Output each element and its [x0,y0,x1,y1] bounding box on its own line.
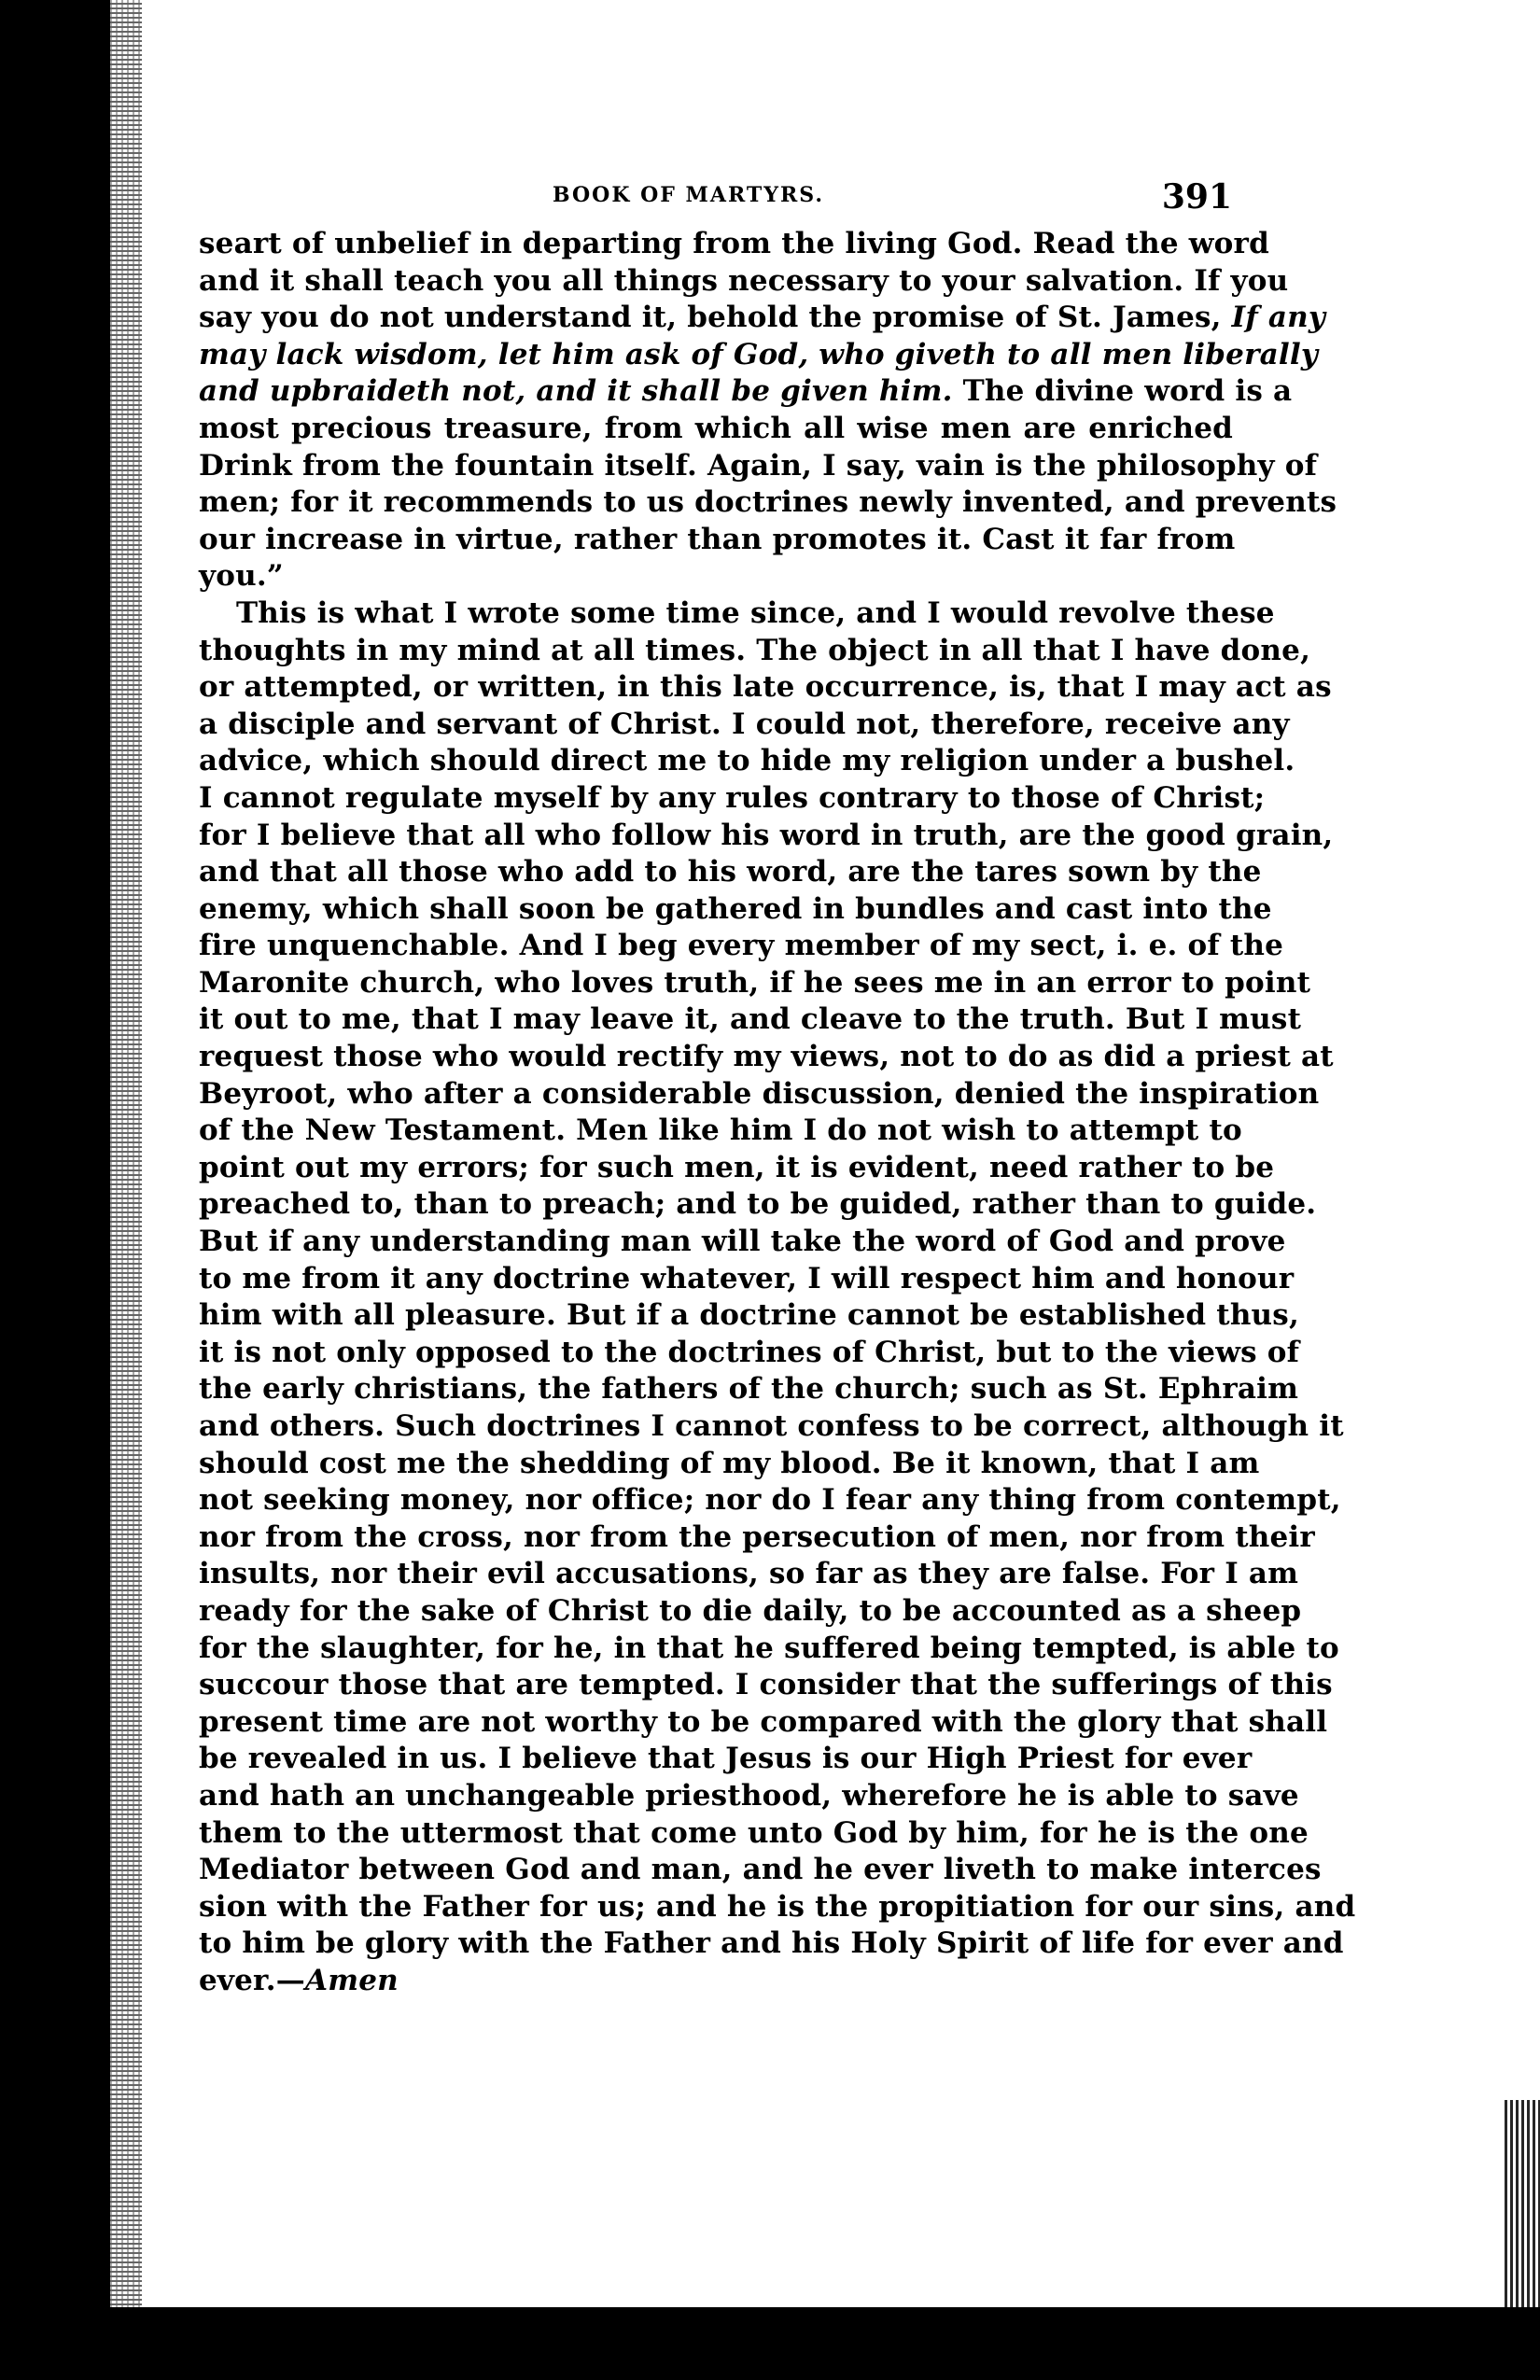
text-run: seart of unbelief in departing from the … [199,227,1269,260]
text-line: the early christians, the fathers of the… [199,1371,1233,1408]
text-line: Drink from the fountain itself. Again, I… [199,448,1233,485]
text-line: request those who would rectify my views… [199,1039,1233,1076]
text-run: This is what I wrote some time since, an… [236,596,1275,630]
text-line: and it shall teach you all things necess… [199,263,1233,301]
text-line: ready for the sake of Christ to die dail… [199,1593,1233,1631]
text-line: But if any understanding man will take t… [199,1224,1233,1261]
text-run: nor from the cross, nor from the persecu… [199,1520,1315,1554]
text-line: thoughts in my mind at all times. The ob… [199,633,1233,670]
paragraph: seart of unbelief in departing from the … [199,226,1233,595]
text-line: and that all those who add to his word, … [199,854,1233,891]
text-line: most precious treasure, from which all w… [199,411,1233,448]
text-line: and others. Such doctrines I cannot conf… [199,1408,1233,1446]
scan-border-bottom [0,2307,1540,2380]
text-line: fire unquenchable. And I beg every membe… [199,928,1233,965]
text-line: nor from the cross, nor from the persecu… [199,1519,1233,1557]
text-line: insults, nor their evil accusations, so … [199,1556,1233,1593]
text-run: sion with the Father for us; and he is t… [199,1890,1355,1924]
text-run: advice, which should direct me to hide m… [199,744,1295,777]
italic-run: and upbraideth not, and it shall be give… [199,374,953,408]
text-run: I cannot regulate myself by any rules co… [199,781,1265,815]
text-run: Beyroot, who after a considerable discus… [199,1077,1319,1111]
text-line: advice, which should direct me to hide m… [199,743,1233,780]
text-line: present time are not worthy to be compar… [199,1704,1233,1742]
text-line: seart of unbelief in departing from the … [199,226,1233,263]
text-run: Maronite church, who loves truth, if he … [199,966,1310,1000]
text-run: fire unquenchable. And I beg every membe… [199,929,1283,962]
text-run: The divine word is a [953,374,1293,408]
text-run: and it shall teach you all things necess… [199,264,1288,298]
text-line: for the slaughter, for he, in that he su… [199,1631,1233,1668]
text-run: should cost me the shedding of my blood.… [199,1447,1260,1480]
text-line: enemy, which shall soon be gathered in b… [199,891,1233,929]
text-line: be revealed in us. I believe that Jesus … [199,1741,1233,1778]
text-run: say you do not understand it, behold the… [199,301,1232,334]
text-line: men; for it recommends to us doctrines n… [199,484,1233,522]
text-line: him with all pleasure. But if a doctrine… [199,1297,1233,1335]
text-run: and hath an unchangeable priesthood, whe… [199,1779,1299,1813]
text-line: sion with the Father for us; and he is t… [199,1889,1233,1926]
text-line: to him be glory with the Father and his … [199,1925,1233,1963]
italic-run: Amen [305,1964,399,1997]
text-run: to me from it any doctrine whatever, I w… [199,1262,1294,1295]
text-run: for I believe that all who follow his wo… [199,819,1333,852]
text-line: it out to me, that I may leave it, and c… [199,1001,1233,1039]
text-run: him with all pleasure. But if a doctrine… [199,1298,1299,1332]
body-text: seart of unbelief in departing from the … [199,226,1233,2000]
text-line: preached to, than to preach; and to be g… [199,1186,1233,1224]
text-line: This is what I wrote some time since, an… [199,595,1233,633]
paragraph: This is what I wrote some time since, an… [199,595,1233,2000]
text-run: Mediator between God and man, and he eve… [199,1853,1322,1886]
text-run: it is not only opposed to the doctrines … [199,1336,1299,1369]
text-line: a disciple and servant of Christ. I coul… [199,707,1233,744]
text-line: should cost me the shedding of my blood.… [199,1446,1233,1483]
text-line: and upbraideth not, and it shall be give… [199,373,1233,411]
text-line: and hath an unchangeable priesthood, whe… [199,1778,1233,1815]
running-head: BOOK OF MARTYRS. 391 [201,177,1232,211]
text-run: succour those that are tempted. I consid… [199,1668,1333,1701]
text-line: ever.—Amen [199,1963,1233,2000]
text-run: ready for the sake of Christ to die dail… [199,1594,1301,1628]
text-run: be revealed in us. I believe that Jesus … [199,1742,1252,1775]
text-run: and others. Such doctrines I cannot conf… [199,1409,1344,1443]
text-run: not seeking money, nor office; nor do I … [199,1483,1341,1517]
text-run: point out my errors; for such men, it is… [199,1151,1274,1184]
scan-border-left-noise [105,0,142,2315]
text-line: Mediator between God and man, and he eve… [199,1852,1233,1889]
text-line: say you do not understand it, behold the… [199,300,1233,337]
italic-run: may lack wisdom, let him ask of God, who… [199,338,1318,371]
text-run: for the slaughter, for he, in that he su… [199,1631,1339,1665]
scan-border-left [0,0,110,2380]
text-line: Maronite church, who loves truth, if he … [199,965,1233,1002]
text-line: may lack wisdom, let him ask of God, who… [199,337,1233,374]
text-line: them to the uttermost that come unto God… [199,1815,1233,1853]
text-line: you.” [199,558,1233,595]
text-run: men; for it recommends to us doctrines n… [199,485,1337,519]
text-line: Beyroot, who after a considerable discus… [199,1076,1233,1113]
text-run: the early christians, the fathers of the… [199,1372,1298,1406]
text-run: you.” [199,559,284,593]
text-run: our increase in virtue, rather than prom… [199,523,1235,556]
text-run: request those who would rectify my views… [199,1040,1334,1073]
text-run: or attempted, or written, in this late o… [199,670,1332,704]
text-run: to him be glory with the Father and his … [199,1926,1344,1960]
text-run: them to the uttermost that come unto God… [199,1816,1309,1850]
text-run: preached to, than to preach; and to be g… [199,1187,1316,1221]
page-number: 391 [1162,177,1232,217]
text-line: or attempted, or written, in this late o… [199,669,1233,707]
text-line: I cannot regulate myself by any rules co… [199,780,1233,818]
text-run: insults, nor their evil accusations, so … [199,1557,1298,1590]
text-line: succour those that are tempted. I consid… [199,1667,1233,1704]
running-title: BOOK OF MARTYRS. [201,183,1232,207]
text-line: it is not only opposed to the doctrines … [199,1335,1233,1372]
text-line: not seeking money, nor office; nor do I … [199,1482,1233,1519]
text-run: enemy, which shall soon be gathered in b… [199,892,1272,926]
text-line: point out my errors; for such men, it is… [199,1150,1233,1187]
text-run: thoughts in my mind at all times. The ob… [199,634,1310,667]
text-run: most precious treasure, from which all w… [199,412,1233,445]
text-run: Drink from the fountain itself. Again, I… [199,449,1317,483]
text-line: of the New Testament. Men like him I do … [199,1113,1233,1150]
text-run: and that all those who add to his word, … [199,855,1262,889]
text-line: for I believe that all who follow his wo… [199,818,1233,855]
text-run: ever.— [199,1964,305,1997]
text-run: it out to me, that I may leave it, and c… [199,1002,1301,1036]
text-line: our increase in virtue, rather than prom… [199,522,1233,559]
text-run: present time are not worthy to be compar… [199,1705,1327,1739]
scan-border-right-noise [1505,2100,1540,2315]
text-line: to me from it any doctrine whatever, I w… [199,1261,1233,1298]
text-run: of the New Testament. Men like him I do … [199,1113,1242,1147]
italic-run: If any [1232,301,1325,334]
text-run: But if any understanding man will take t… [199,1225,1286,1258]
text-run: a disciple and servant of Christ. I coul… [199,707,1290,741]
